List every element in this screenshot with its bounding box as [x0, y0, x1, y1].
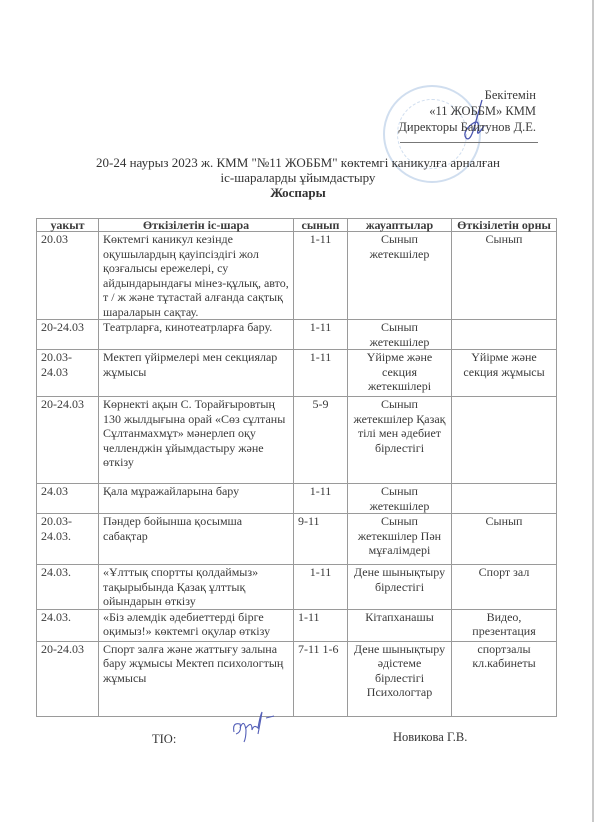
cell-grade: 1-11: [294, 565, 348, 610]
cell-time: 20-24.03: [37, 641, 99, 716]
signature-line: [400, 142, 538, 143]
cell-place: Спорт зал: [452, 565, 557, 610]
cell-grade: 1-11: [294, 609, 348, 641]
approval-line-3: Директоры Баитунов Д.Е.: [398, 119, 536, 135]
cell-responsible: Сынып жетекшілер: [348, 484, 452, 514]
cell-responsible: Дене шынықтыру әдістеме бірлестігі Психо…: [348, 641, 452, 716]
cell-place: Сынып: [452, 514, 557, 565]
header-time: уакыт: [37, 219, 99, 232]
header-place: Өткізілетін орны: [452, 219, 557, 232]
cell-event: «Біз әлемдік әдебиеттерді бірге оқимыз!»…: [99, 609, 294, 641]
footer-signature: [230, 710, 280, 744]
title-line-3: Жоспары: [0, 185, 596, 200]
cell-responsible: Сынып жетекшілер: [348, 232, 452, 320]
plan-table: уакыт Өткізілетін іс-шара сынып жауаптыл…: [36, 218, 557, 717]
table-row: 20-24.03Театрларға, кинотеатрларға бару.…: [37, 320, 557, 350]
cell-event: Көктемгі каникул кезінде оқушылардың қау…: [99, 232, 294, 320]
cell-time: 20-24.03: [37, 397, 99, 484]
cell-grade: 1-11: [294, 320, 348, 350]
cell-responsible: Дене шынықтыру бірлестігі: [348, 565, 452, 610]
cell-place: спортзалы кл.кабинеты: [452, 641, 557, 716]
cell-responsible: Кітапханашы: [348, 609, 452, 641]
cell-event: Пәндер бойынша қосымша сабақтар: [99, 514, 294, 565]
cell-grade: 1-11: [294, 232, 348, 320]
table-row: 24.03.«Ұлттық спортты қолдаймыз» тақырыб…: [37, 565, 557, 610]
cell-grade: 7-11 1-6: [294, 641, 348, 716]
approval-line-2: «11 ЖОББМ» КММ: [398, 103, 536, 119]
cell-event: Көрнекті ақын С. Торайғыровтың 130 жылды…: [99, 397, 294, 484]
cell-time: 24.03: [37, 484, 99, 514]
cell-place: Видео, презентация: [452, 609, 557, 641]
cell-time: 24.03.: [37, 565, 99, 610]
approval-line-1: Бекітемін: [398, 87, 536, 103]
cell-event: «Ұлттық спортты қолдаймыз» тақырыбында Қ…: [99, 565, 294, 610]
header-responsible: жауаптылар: [348, 219, 452, 232]
cell-grade: 1-11: [294, 484, 348, 514]
table-row: 20.03-24.03Мектеп үйірмелері мен секциял…: [37, 350, 557, 397]
table-row: 20.03-24.03.Пәндер бойынша қосымша сабақ…: [37, 514, 557, 565]
cell-time: 20-24.03: [37, 320, 99, 350]
cell-responsible: Сынып жетекшілер Пән мұғалімдері: [348, 514, 452, 565]
cell-place: [452, 397, 557, 484]
page-edge: [592, 0, 594, 822]
table-row: 24.03.«Біз әлемдік әдебиеттерді бірге оқ…: [37, 609, 557, 641]
cell-time: 20.03-24.03: [37, 350, 99, 397]
title-line-2: іс-шараларды ұйымдастыру: [0, 170, 596, 185]
table-row: 24.03Қала мұражайларына бару1-11Сынып же…: [37, 484, 557, 514]
cell-time: 20.03: [37, 232, 99, 320]
approval-block: Бекітемін «11 ЖОББМ» КММ Директоры Баиту…: [398, 87, 536, 135]
table-row: 20-24.03Спорт залға және жаттығу залына …: [37, 641, 557, 716]
table-row: 20-24.03Көрнекті ақын С. Торайғыровтың 1…: [37, 397, 557, 484]
cell-responsible: Сынып жетекшілер: [348, 320, 452, 350]
cell-event: Спорт залға және жаттығу залына бару жұм…: [99, 641, 294, 716]
title-line-1: 20-24 наурыз 2023 ж. КММ "№11 ЖОББМ" көк…: [0, 155, 596, 170]
cell-place: [452, 320, 557, 350]
cell-event: Қала мұражайларына бару: [99, 484, 294, 514]
header-grade: сынып: [294, 219, 348, 232]
table-header-row: уакыт Өткізілетін іс-шара сынып жауаптыл…: [37, 219, 557, 232]
cell-place: Үйірме және секция жұмысы: [452, 350, 557, 397]
header-event: Өткізілетін іс-шара: [99, 219, 294, 232]
cell-time: 24.03.: [37, 609, 99, 641]
cell-grade: 9-11: [294, 514, 348, 565]
document-title: 20-24 наурыз 2023 ж. КММ "№11 ЖОББМ" көк…: [0, 155, 596, 200]
footer-name: Новикова Г.В.: [393, 730, 467, 745]
cell-time: 20.03-24.03.: [37, 514, 99, 565]
cell-responsible: Үйірме және секция жетекшілері: [348, 350, 452, 397]
cell-grade: 1-11: [294, 350, 348, 397]
cell-responsible: Сынып жетекшілер Қазақ тілі мен әдебиет …: [348, 397, 452, 484]
cell-place: [452, 484, 557, 514]
table-row: 20.03Көктемгі каникул кезінде оқушыларды…: [37, 232, 557, 320]
footer-label: ТІО:: [152, 732, 176, 747]
cell-grade: 5-9: [294, 397, 348, 484]
cell-event: Театрларға, кинотеатрларға бару.: [99, 320, 294, 350]
cell-event: Мектеп үйірмелері мен секциялар жұмысы: [99, 350, 294, 397]
cell-place: Сынып: [452, 232, 557, 320]
